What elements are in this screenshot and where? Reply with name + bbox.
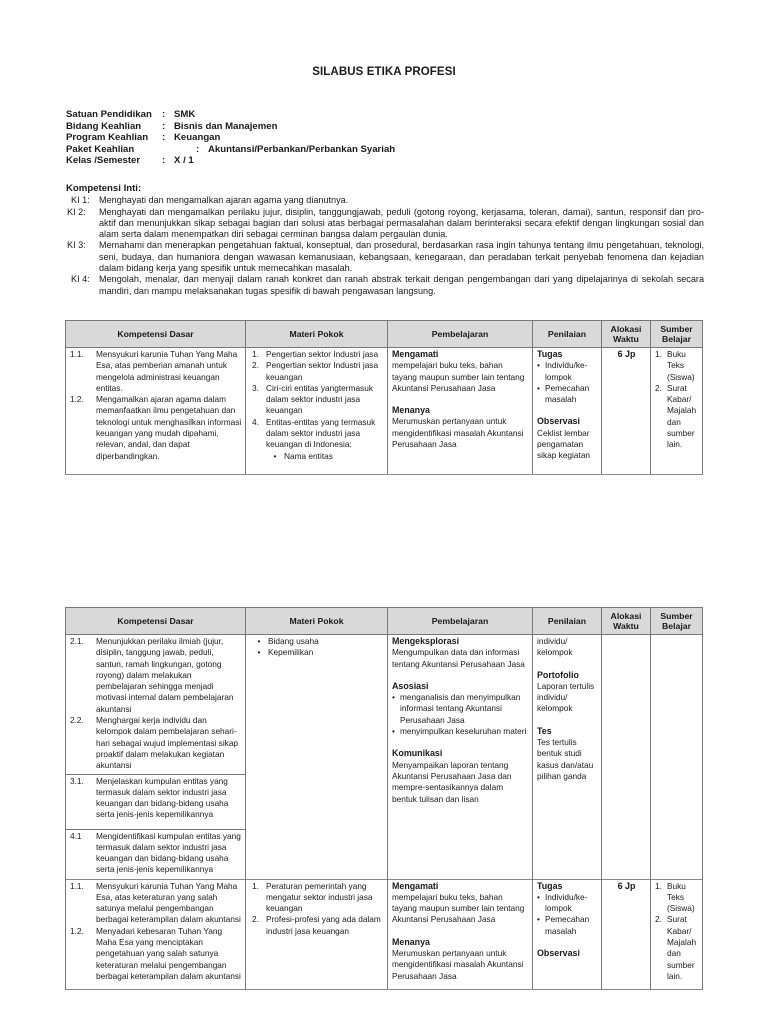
- meta-value: SMK: [174, 109, 195, 121]
- bullet-icon: •: [266, 451, 284, 462]
- penilaian-item: •Individu/ke-lompok: [537, 360, 598, 383]
- alokasi-cell: 6 Jp: [602, 879, 651, 989]
- penilaian-heading: Tugas: [537, 349, 598, 360]
- materi-sub-item: •Nama entitas: [250, 451, 384, 462]
- ki-item: KI 1: Menghayati dan mengamalkan ajaran …: [66, 195, 704, 206]
- kd-item: 4.1Mengidentifikasi kumpulan entitas yan…: [70, 831, 242, 876]
- meta-separator: :: [162, 109, 174, 121]
- header-pembelajaran: Pembelajaran: [388, 321, 533, 348]
- materi-item: 1.Peraturan pemerintah yang mengatur sek…: [250, 881, 384, 915]
- materi-item: •Kepemilikan: [250, 647, 384, 658]
- materi-text: Entitas-entitas yang termasuk dalam sekt…: [266, 417, 384, 451]
- page-title: SILABUS ETIKA PROFESI: [0, 66, 768, 78]
- kd-number: 4.1: [70, 831, 96, 876]
- bullet-icon: •: [392, 692, 400, 726]
- materi-number: 4.: [250, 417, 266, 451]
- pembelajaran-text: Menyampaikan laporan tentang Akuntansi P…: [392, 760, 529, 805]
- kd-number: 1.1.: [70, 349, 96, 394]
- meta-label: Kelas /Semester: [66, 155, 162, 167]
- penilaian-heading: Observasi: [537, 948, 598, 959]
- header-alokasi-waktu: Alokasi Waktu: [602, 321, 651, 348]
- materi-item: 4.Entitas-entitas yang termasuk dalam se…: [250, 417, 384, 451]
- syllabus-table-2: Kompetensi Dasar Materi Pokok Pembelajar…: [65, 607, 703, 990]
- kd-cell: 4.1Mengidentifikasi kumpulan entitas yan…: [66, 829, 246, 879]
- meta-label: Bidang Keahlian: [66, 121, 162, 133]
- penilaian-item-text: Pemecahan masalah: [545, 914, 598, 937]
- header-penilaian: Penilaian: [533, 608, 602, 635]
- sumber-item: 2.Surat Kabar/ Majalah dan sumber lain.: [655, 914, 699, 982]
- identity-block: Satuan Pendidikan : SMK Bidang Keahlian …: [66, 109, 395, 167]
- ki-text: Menghayati dan mengamalkan ajaran agama …: [99, 195, 704, 206]
- sumber-item: 1.Buku Teks (Siswa): [655, 349, 699, 383]
- meta-separator: :: [162, 121, 174, 133]
- materi-number: 2.: [250, 360, 266, 383]
- pembelajaran-heading: Asosiasi: [392, 681, 529, 692]
- kd-item: 2.2.Menghargai kerja individu dan kelomp…: [70, 715, 242, 771]
- kompetensi-inti-title: Kompetensi Inti:: [66, 183, 704, 194]
- materi-text: Profesi-profesi yang ada dalam industri …: [266, 914, 384, 937]
- header-kompetensi-dasar: Kompetensi Dasar: [66, 321, 246, 348]
- kd-cell: 2.1.Menunjukkan perilaku ilmiah (jujur, …: [66, 635, 246, 775]
- sumber-number: 1.: [655, 881, 667, 915]
- materi-number: 1.: [250, 881, 266, 915]
- kd-text: Mengamalkan ajaran agama dalam memanfaat…: [96, 394, 242, 462]
- kd-number: 1.2.: [70, 926, 96, 982]
- kompetensi-inti-section: Kompetensi Inti: KI 1: Menghayati dan me…: [66, 183, 704, 297]
- header-alokasi-waktu: Alokasi Waktu: [602, 608, 651, 635]
- meta-label: Program Keahlian: [66, 132, 162, 144]
- pembelajaran-heading: Menanya: [392, 405, 529, 416]
- kd-text: Mensyukuri karunia Tuhan Yang Maha Esa, …: [96, 881, 242, 926]
- materi-text: Pengertian sektor Industri jasa keuangan: [266, 360, 384, 383]
- materi-cell: •Bidang usaha •Kepemilikan: [246, 635, 388, 880]
- kd-item: 1.2.Menyadari kebesaran Tuhan Yang Maha …: [70, 926, 242, 982]
- table-row: 1.1.Mensyukuri karunia Tuhan Yang Maha E…: [66, 879, 703, 989]
- kd-item: 1.1.Mensyukuri karunia Tuhan Yang Maha E…: [70, 349, 242, 394]
- meta-label: Satuan Pendidikan: [66, 109, 162, 121]
- sumber-text: Buku Teks (Siswa): [667, 881, 699, 915]
- sumber-number: 2.: [655, 914, 667, 982]
- kd-number: 1.1.: [70, 881, 96, 926]
- bullet-icon: •: [537, 360, 545, 383]
- bullet-icon: •: [250, 647, 268, 658]
- pembelajaran-text: Merumuskan pertanyaan untuk mengidentifi…: [392, 416, 529, 450]
- syllabus-table-1: Kompetensi Dasar Materi Pokok Pembelajar…: [65, 320, 703, 475]
- penilaian-item: •Pemecahan masalah: [537, 914, 598, 937]
- header-materi-pokok: Materi Pokok: [246, 321, 388, 348]
- pembelajaran-heading: Mengeksplorasi: [392, 636, 529, 647]
- header-pembelajaran: Pembelajaran: [388, 608, 533, 635]
- kd-number: 2.1.: [70, 636, 96, 715]
- penilaian-cell: individu/ kelompok Portofolio Laporan te…: [533, 635, 602, 880]
- alokasi-cell: 6 Jp: [602, 348, 651, 475]
- pembelajaran-item: •menyimpulkan keseluruhan materi: [392, 726, 529, 737]
- ki-item: KI 4: Mengolah, menalar, dan menyaji dal…: [66, 274, 704, 297]
- penilaian-item-text: Pemecahan masalah: [545, 383, 598, 406]
- meta-row-kelas: Kelas /Semester : X / 1: [66, 155, 395, 167]
- sumber-text: Buku Teks (Siswa): [667, 349, 699, 383]
- penilaian-heading: Observasi: [537, 416, 598, 427]
- pembelajaran-text: mempelajari buku teks, bahan tayang maup…: [392, 892, 529, 926]
- ki-text: Mengolah, menalar, dan menyaji dalam ran…: [99, 274, 704, 297]
- kd-item: 3.1.Menjelaskan kumpulan entitas yang te…: [70, 776, 242, 821]
- ki-item: KI 3: Memahami dan menerapkan pengetahua…: [66, 240, 704, 274]
- materi-cell: 1.Peraturan pemerintah yang mengatur sek…: [246, 879, 388, 989]
- sumber-item: 2.Surat Kabar/ Majalah dan sumber lain.: [655, 383, 699, 451]
- materi-text: Ciri-ciri entitas yangtermasuk dalam sek…: [266, 383, 384, 417]
- pembelajaran-cell: Mengamati mempelajari buku teks, bahan t…: [388, 348, 533, 475]
- pembelajaran-heading: Mengamati: [392, 881, 529, 892]
- ki-number: KI 2:: [66, 207, 99, 241]
- header-sumber-belajar: Sumber Belajar: [651, 321, 703, 348]
- kd-item: 2.1.Menunjukkan perilaku ilmiah (jujur, …: [70, 636, 242, 715]
- pembelajaran-text: mempelajari buku teks, bahan tayang maup…: [392, 360, 529, 394]
- materi-number: 2.: [250, 914, 266, 937]
- table-row: 1.1.Mensyukuri karunia Tuhan Yang Maha E…: [66, 348, 703, 475]
- bullet-icon: •: [537, 383, 545, 406]
- kd-text: Mengidentifikasi kumpulan entitas yang t…: [96, 831, 242, 876]
- penilaian-heading: Tugas: [537, 881, 598, 892]
- materi-number: 3.: [250, 383, 266, 417]
- pembelajaran-heading: Komunikasi: [392, 748, 529, 759]
- sumber-number: 1.: [655, 349, 667, 383]
- penilaian-cell: Tugas •Individu/ke-lompok •Pemecahan mas…: [533, 348, 602, 475]
- kd-item: 1.1.Mensyukuri karunia Tuhan Yang Maha E…: [70, 881, 242, 926]
- meta-row-bidang: Bidang Keahlian : Bisnis dan Manajemen: [66, 121, 395, 133]
- penilaian-heading: Tes: [537, 726, 598, 737]
- meta-separator: :: [162, 155, 174, 167]
- ki-number: KI 1:: [70, 195, 99, 206]
- kd-number: 2.2.: [70, 715, 96, 771]
- bullet-icon: •: [537, 914, 545, 937]
- header-materi-pokok: Materi Pokok: [246, 608, 388, 635]
- materi-item: 2.Pengertian sektor Industri jasa keuang…: [250, 360, 384, 383]
- header-sumber-belajar: Sumber Belajar: [651, 608, 703, 635]
- table-header-row: Kompetensi Dasar Materi Pokok Pembelajar…: [66, 608, 703, 635]
- meta-row-paket: Paket Keahlian : Akuntansi/Perbankan/Per…: [66, 144, 395, 156]
- materi-item: 1.Pengertian sektor Industri jasa: [250, 349, 384, 360]
- pembelajaran-cell: Mengamati mempelajari buku teks, bahan t…: [388, 879, 533, 989]
- penilaian-item-text: Individu/ke-lompok: [545, 360, 598, 383]
- pembelajaran-item: •menganalisis dan menyimpulkan informasi…: [392, 692, 529, 726]
- penilaian-text: individu/ kelompok: [537, 636, 598, 659]
- pembelajaran-item-text: menganalisis dan menyimpulkan informasi …: [400, 692, 529, 726]
- bullet-icon: •: [392, 726, 400, 737]
- bullet-icon: •: [537, 892, 545, 915]
- kd-cell: 1.1.Mensyukuri karunia Tuhan Yang Maha E…: [66, 879, 246, 989]
- meta-value: Akuntansi/Perbankan/Perbankan Syariah: [208, 144, 395, 156]
- penilaian-text: Tes tertulis bentuk studi kasus dan/atau…: [537, 737, 598, 782]
- pembelajaran-item-text: menyimpulkan keseluruhan materi: [400, 726, 526, 737]
- meta-separator: :: [162, 132, 174, 144]
- meta-value: Keuangan: [174, 132, 220, 144]
- bullet-icon: •: [250, 636, 268, 647]
- pembelajaran-heading: Mengamati: [392, 349, 529, 360]
- sumber-item: 1.Buku Teks (Siswa): [655, 881, 699, 915]
- penilaian-item: •Pemecahan masalah: [537, 383, 598, 406]
- penilaian-heading: Portofolio: [537, 670, 598, 681]
- kd-text: Mensyukuri karunia Tuhan Yang Maha Esa, …: [96, 349, 242, 394]
- sumber-cell: 1.Buku Teks (Siswa) 2.Surat Kabar/ Majal…: [651, 348, 703, 475]
- ki-text: Menghayati dan mengamalkan perilaku juju…: [99, 207, 704, 241]
- ki-number: KI 4:: [70, 274, 99, 297]
- materi-item: •Bidang usaha: [250, 636, 384, 647]
- materi-item: 2.Profesi-profesi yang ada dalam industr…: [250, 914, 384, 937]
- ki-item: KI 2: Menghayati dan mengamalkan perilak…: [66, 207, 704, 241]
- kd-text: Menyadari kebesaran Tuhan Yang Maha Esa …: [96, 926, 242, 982]
- materi-cell: 1.Pengertian sektor Industri jasa 2.Peng…: [246, 348, 388, 475]
- materi-number: 1.: [250, 349, 266, 360]
- ki-number: KI 3:: [66, 240, 99, 274]
- kd-text: Menunjukkan perilaku ilmiah (jujur, disi…: [96, 636, 242, 715]
- pembelajaran-cell: Mengeksplorasi Mengumpulkan data dan inf…: [388, 635, 533, 880]
- sumber-cell: 1.Buku Teks (Siswa) 2.Surat Kabar/ Majal…: [651, 879, 703, 989]
- header-kompetensi-dasar: Kompetensi Dasar: [66, 608, 246, 635]
- penilaian-item-text: Individu/ke-lompok: [545, 892, 598, 915]
- sumber-text: Surat Kabar/ Majalah dan sumber lain.: [667, 914, 699, 982]
- table-header-row: Kompetensi Dasar Materi Pokok Pembelajar…: [66, 321, 703, 348]
- pembelajaran-text: Mengumpulkan data dan informasi tentang …: [392, 647, 529, 670]
- kd-item: 1.2.Mengamalkan ajaran agama dalam meman…: [70, 394, 242, 462]
- table-row: 2.1.Menunjukkan perilaku ilmiah (jujur, …: [66, 635, 703, 775]
- meta-row-satuan: Satuan Pendidikan : SMK: [66, 109, 395, 121]
- kd-text: Menjelaskan kumpulan entitas yang termas…: [96, 776, 242, 821]
- meta-label: Paket Keahlian: [66, 144, 162, 156]
- kd-text: Menghargai kerja individu dan kelompok d…: [96, 715, 242, 771]
- alokasi-cell: [602, 635, 651, 880]
- penilaian-cell: Tugas •Individu/ke-lompok •Pemecahan mas…: [533, 879, 602, 989]
- materi-sub-text: Nama entitas: [284, 451, 333, 462]
- meta-separator: :: [196, 144, 208, 156]
- sumber-cell: [651, 635, 703, 880]
- header-penilaian: Penilaian: [533, 321, 602, 348]
- pembelajaran-heading: Menanya: [392, 937, 529, 948]
- materi-text: Kepemilikan: [268, 647, 313, 658]
- materi-text: Pengertian sektor Industri jasa: [266, 349, 384, 360]
- ki-text: Memahami dan menerapkan pengetahuan fakt…: [99, 240, 704, 274]
- penilaian-text: Ceklist lembar pengamatan sikap kegiatan: [537, 428, 598, 462]
- meta-value: X / 1: [174, 155, 194, 167]
- kd-number: 1.2.: [70, 394, 96, 462]
- sumber-text: Surat Kabar/ Majalah dan sumber lain.: [667, 383, 699, 451]
- materi-text: Bidang usaha: [268, 636, 319, 647]
- penilaian-item: •Individu/ke-lompok: [537, 892, 598, 915]
- kd-cell: 1.1.Mensyukuri karunia Tuhan Yang Maha E…: [66, 348, 246, 475]
- materi-item: 3.Ciri-ciri entitas yangtermasuk dalam s…: [250, 383, 384, 417]
- kd-cell: 3.1.Menjelaskan kumpulan entitas yang te…: [66, 774, 246, 829]
- materi-text: Peraturan pemerintah yang mengatur sekto…: [266, 881, 384, 915]
- kd-number: 3.1.: [70, 776, 96, 821]
- penilaian-text: Laporan tertulis individu/ kelompok: [537, 681, 598, 715]
- meta-value: Bisnis dan Manajemen: [174, 121, 277, 133]
- meta-row-program: Program Keahlian : Keuangan: [66, 132, 395, 144]
- pembelajaran-text: Merumuskan pertanyaan untuk mengidentifi…: [392, 948, 529, 982]
- sumber-number: 2.: [655, 383, 667, 451]
